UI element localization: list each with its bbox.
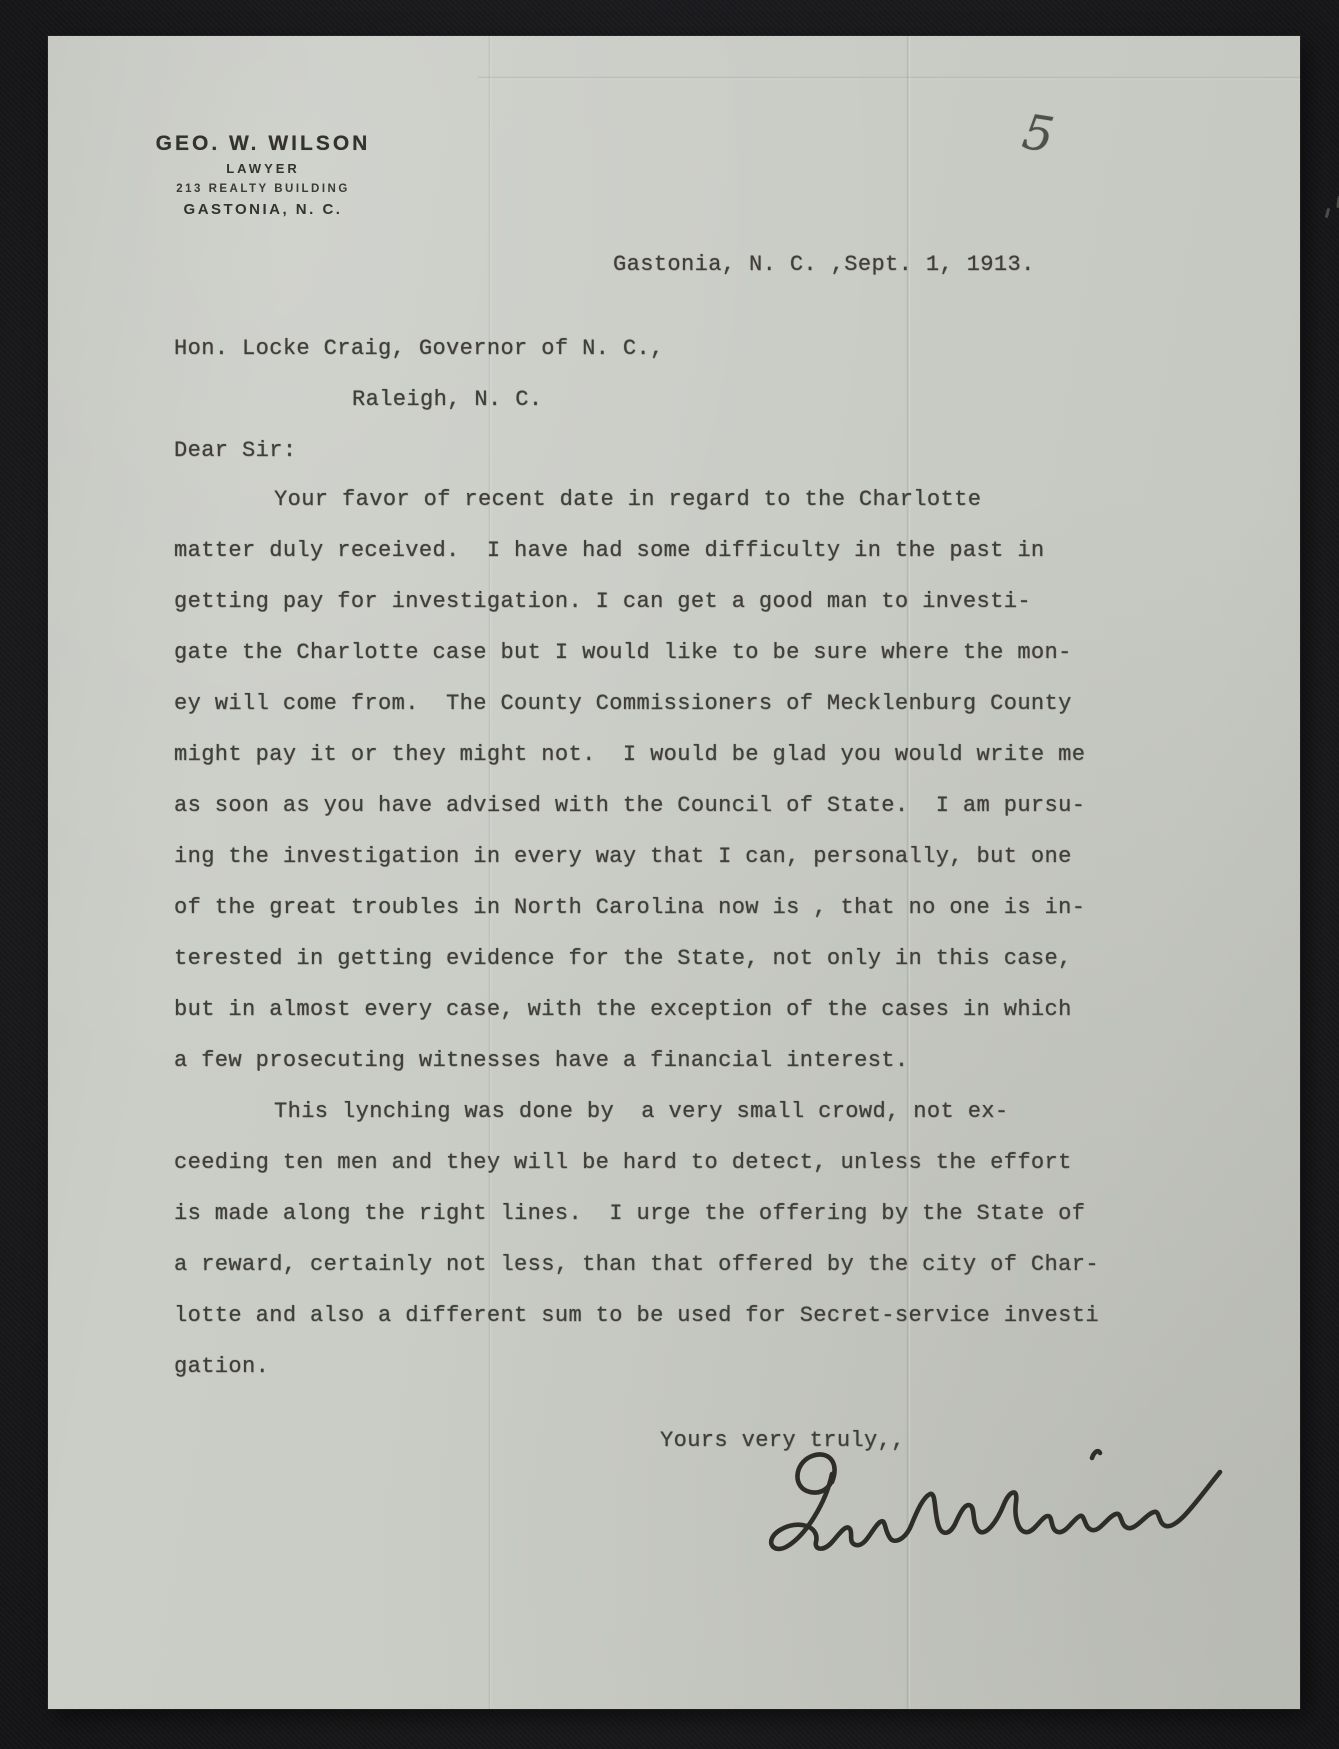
letter-body: Your favor of recent date in regard to t… <box>174 474 1134 1392</box>
signature-stroke <box>771 1454 1220 1548</box>
signature-tick <box>1092 1451 1100 1458</box>
letterhead-address: 213 REALTY BUILDING <box>138 183 388 195</box>
signature <box>736 1444 1248 1569</box>
letterhead-name: GEO. W. WILSON <box>138 132 388 156</box>
letterhead-title: LAWYER <box>138 161 388 176</box>
body-line: might pay it or they might not. I would … <box>174 729 1134 780</box>
body-line: as soon as you have advised with the Cou… <box>174 780 1134 831</box>
fold-crease-horizontal <box>478 76 1300 80</box>
body-line: but in almost every case, with the excep… <box>174 984 1134 1035</box>
body-line: a reward, certainly not less, than that … <box>174 1239 1134 1290</box>
body-line: gation. <box>174 1341 1134 1392</box>
body-line: ey will come from. The County Commission… <box>174 678 1134 729</box>
scanner-background: GEO. W. WILSON LAWYER 213 REALTY BUILDIN… <box>0 0 1339 1749</box>
body-line: ing the investigation in every way that … <box>174 831 1134 882</box>
body-line: a few prosecuting witnesses have a finan… <box>174 1035 1134 1086</box>
letter-page: GEO. W. WILSON LAWYER 213 REALTY BUILDIN… <box>48 36 1300 1709</box>
body-line: terested in getting evidence for the Sta… <box>174 933 1134 984</box>
stray-ink-marks <box>1324 194 1339 228</box>
body-line: ceeding ten men and they will be hard to… <box>174 1137 1134 1188</box>
body-line: This lynching was done by a very small c… <box>174 1086 1134 1137</box>
letterhead: GEO. W. WILSON LAWYER 213 REALTY BUILDIN… <box>138 132 388 218</box>
body-line: lotte and also a different sum to be use… <box>174 1290 1134 1341</box>
body-line: getting pay for investigation. I can get… <box>174 576 1134 627</box>
salutation: Dear Sir: <box>174 438 296 463</box>
handwritten-page-number: 5 <box>1019 104 1058 164</box>
ink-mark <box>1325 208 1330 218</box>
body-line: is made along the right lines. I urge th… <box>174 1188 1134 1239</box>
body-line: of the great troubles in North Carolina … <box>174 882 1134 933</box>
recipient-line-1: Hon. Locke Craig, Governor of N. C., <box>174 336 664 361</box>
recipient-line-2: Raleigh, N. C. <box>352 387 542 412</box>
dateline: Gastonia, N. C. ,Sept. 1, 1913. <box>613 252 1035 277</box>
body-line: matter duly received. I have had some di… <box>174 525 1134 576</box>
body-line: Your favor of recent date in regard to t… <box>174 474 1134 525</box>
letterhead-city: GASTONIA, N. C. <box>138 201 388 218</box>
body-line: gate the Charlotte case but I would like… <box>174 627 1134 678</box>
